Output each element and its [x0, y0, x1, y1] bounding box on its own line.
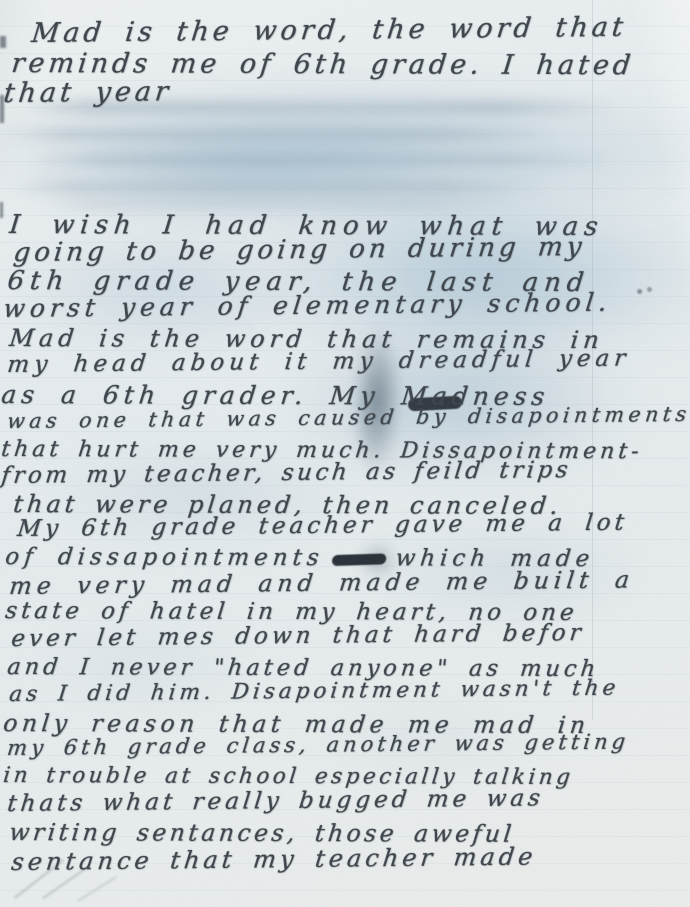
- handwritten-line: My 6th grade teacher gave me a lot: [16, 510, 629, 542]
- handwritten-line: sentance that my teacher made: [10, 843, 538, 876]
- handwritten-line: from my teacher, such as feild trips: [0, 457, 573, 489]
- handwritten-line: as I did him. Disapointment wasn't the: [8, 676, 621, 707]
- handwritten-text: of dissapointments: [4, 544, 325, 571]
- scribbled-out-word: [332, 553, 387, 566]
- pencil-stroke: [77, 876, 117, 902]
- handwritten-line: that year: [2, 76, 174, 109]
- handwritten-line: my 6th grade class, another was getting: [6, 729, 631, 760]
- handwritten-line: ever let mes down that hard befor: [10, 620, 586, 652]
- handwritten-line: thats what really bugged me was: [6, 785, 545, 817]
- handwritten-line: worst year of elementary school.: [2, 288, 613, 323]
- scanned-page: Mad is the word, the word that reminds m…: [0, 0, 690, 907]
- handwritten-line: Mad is the word, the word that: [30, 12, 629, 49]
- handwritten-line: me very mad and made me built a: [8, 565, 636, 600]
- pencil-mark: [636, 286, 654, 296]
- handwritten-line: going to be going on during my: [12, 232, 587, 268]
- blue-stain: [30, 120, 450, 210]
- handwritten-line: my head about it my dreadful year: [6, 345, 632, 378]
- edge-speck: [0, 36, 6, 48]
- edge-speck: [0, 202, 3, 218]
